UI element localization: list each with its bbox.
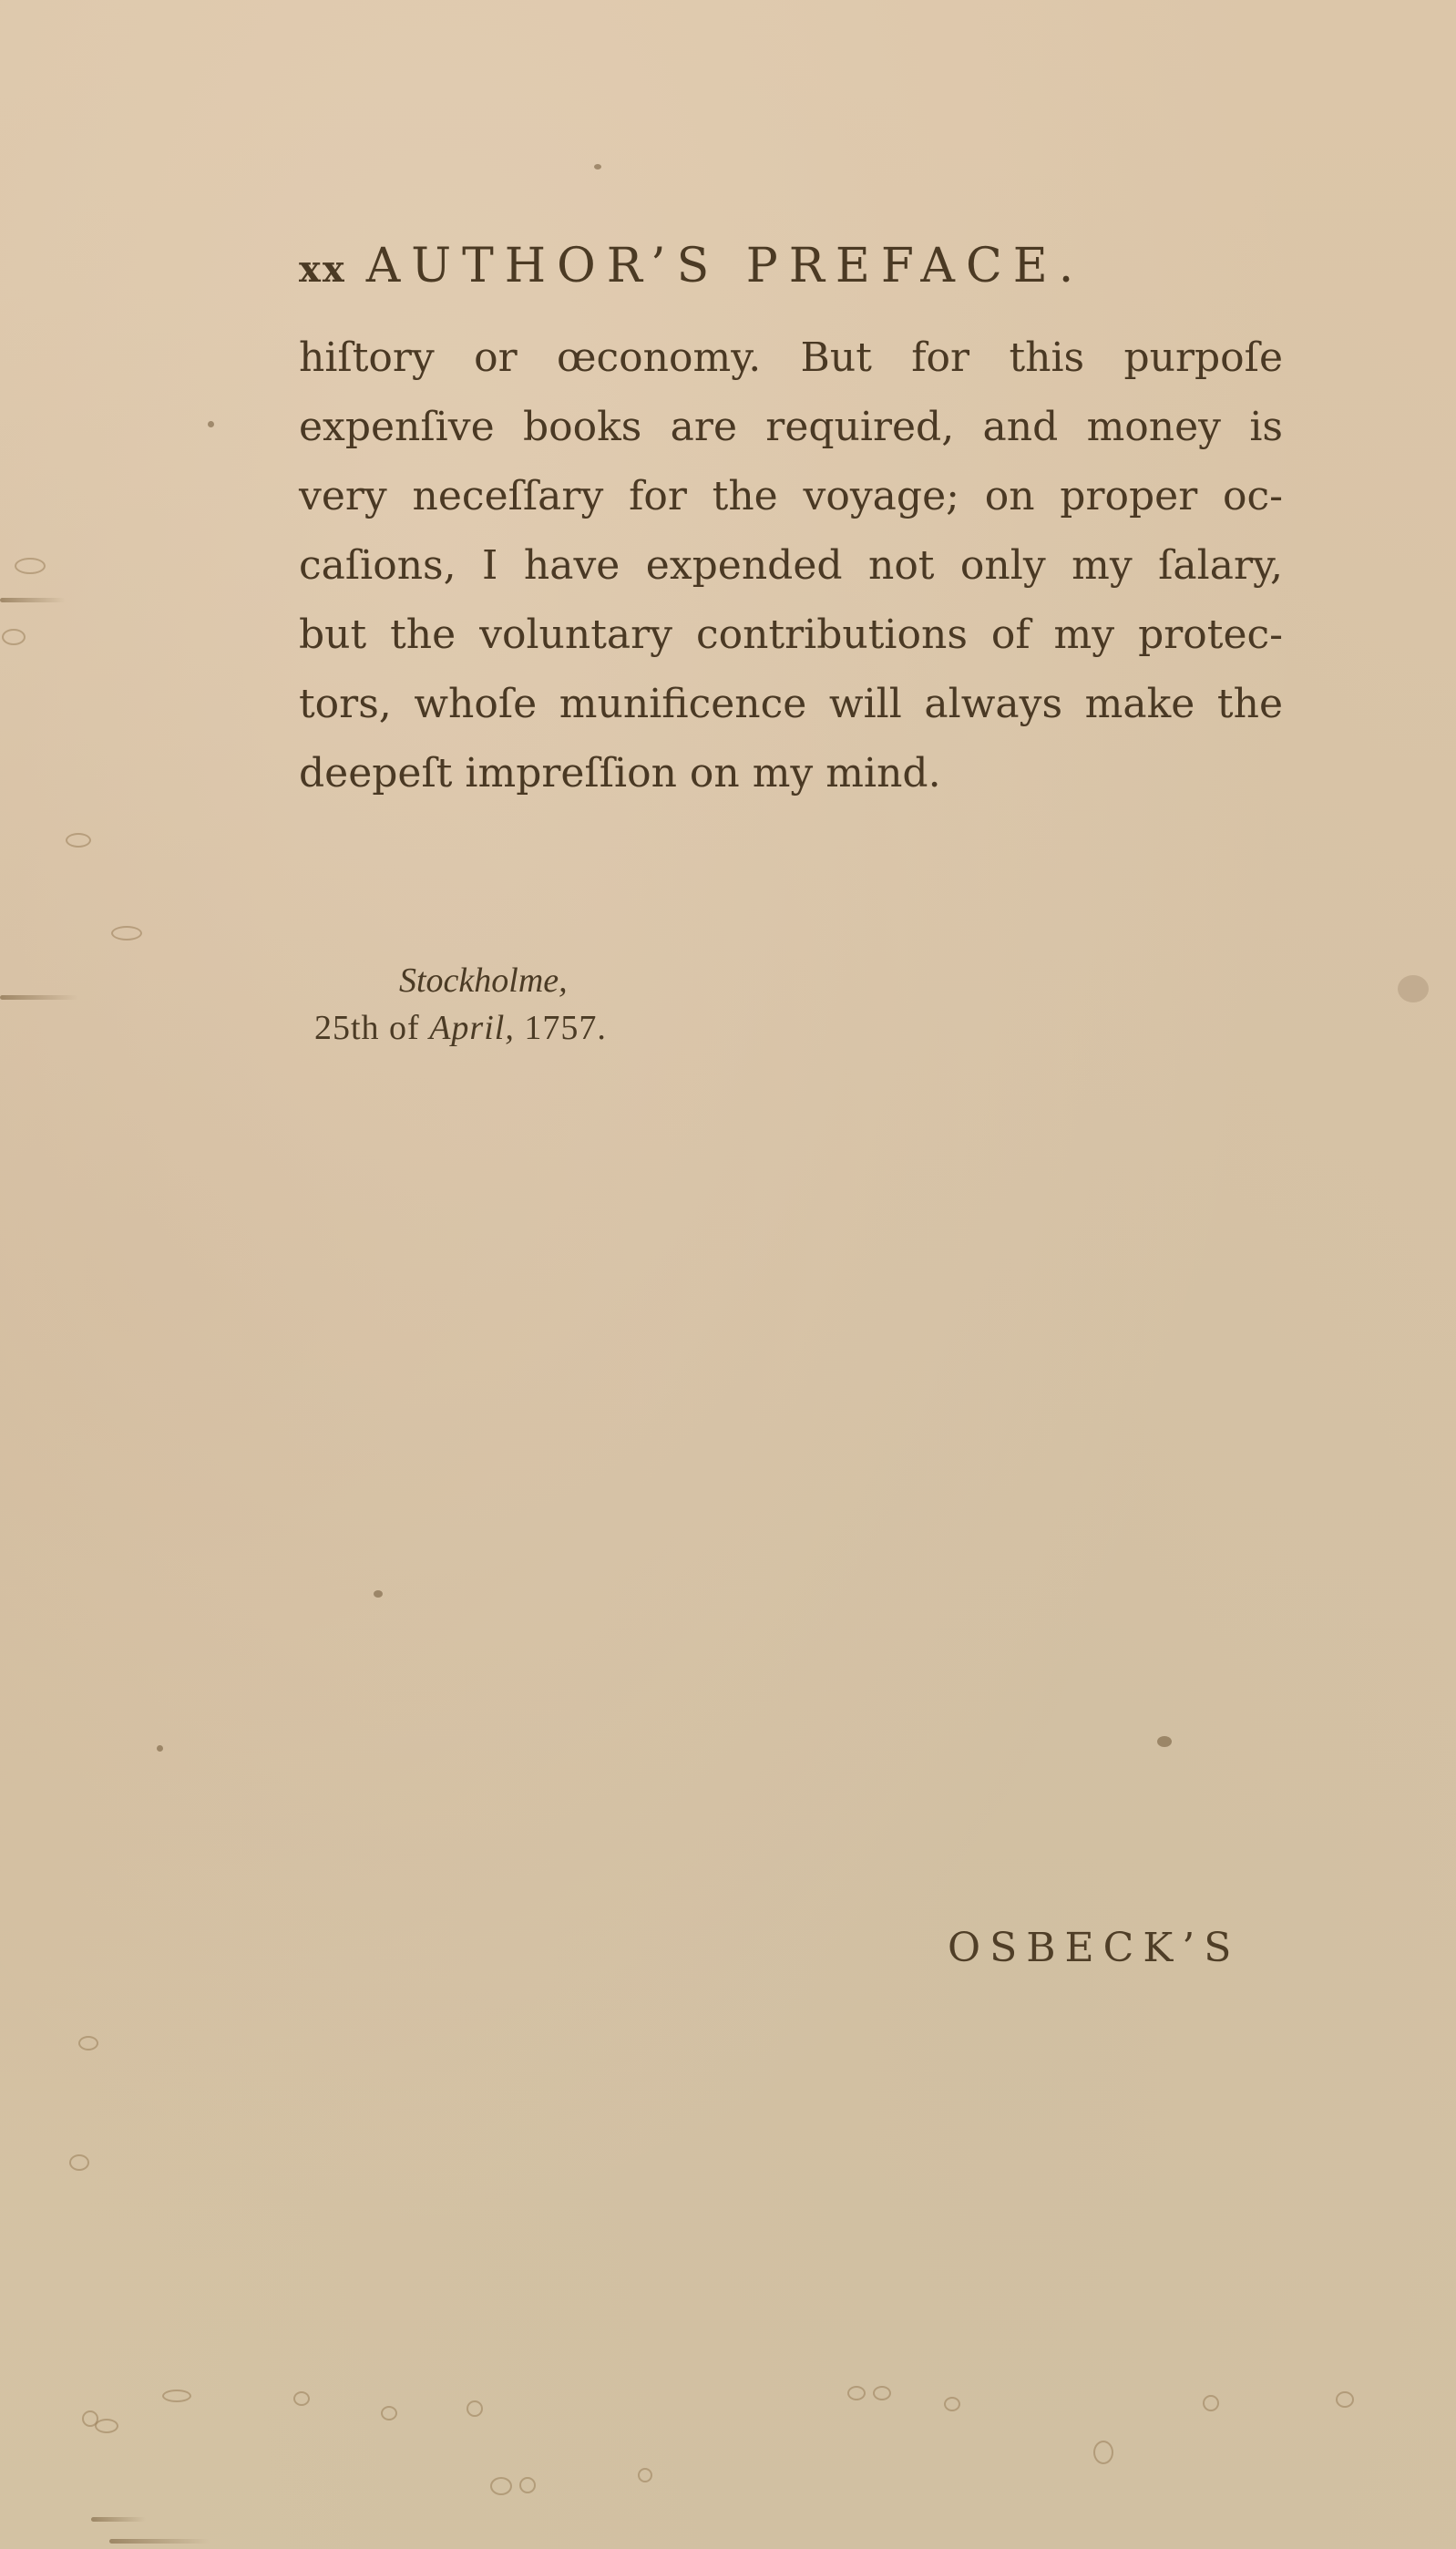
paper-speck [1398, 975, 1429, 1002]
paper-stain [847, 2386, 866, 2400]
paper-stain [944, 2397, 960, 2411]
signature-place: Stockholme, [399, 957, 607, 1004]
paper-stain [1336, 2391, 1354, 2408]
text-line: tors, whoſe munificence will always make… [299, 670, 1283, 739]
paper-stain [95, 2419, 118, 2433]
paper-stain [2, 629, 26, 645]
text-line: caſions, I have expended not only my ſal… [299, 531, 1283, 601]
paper-stain [638, 2468, 652, 2482]
book-page: xxAUTHOR’S PREFACE. hiſtory or œconomy. … [0, 0, 1456, 2549]
paper-stain [1093, 2441, 1113, 2464]
paper-stain [490, 2477, 512, 2495]
paper-stain [162, 2390, 191, 2402]
paper-streak [0, 598, 66, 602]
paper-speck [157, 1745, 163, 1752]
text-line: hiſtory or œconomy. But for this purpoſe [299, 324, 1283, 393]
paper-stain [111, 926, 142, 940]
paper-stain [381, 2406, 397, 2421]
date-year: 1757. [515, 1009, 607, 1047]
paper-stain [15, 558, 46, 574]
text-line: deepeſt impreſſion on my mind. [299, 739, 1283, 808]
text-line: very neceſſary for the voyage; on proper… [299, 462, 1283, 531]
paper-speck [208, 421, 214, 427]
paper-streak [109, 2539, 210, 2544]
running-head: xxAUTHOR’S PREFACE. [299, 239, 1084, 293]
preface-paragraph: hiſtory or œconomy. But for this purpoſe… [299, 324, 1283, 808]
paper-speck [374, 1590, 383, 1598]
paper-stain [1203, 2395, 1219, 2411]
paper-stain [467, 2400, 483, 2417]
signature-date: 25th of April, 1757. [314, 1004, 607, 1052]
paper-stain [873, 2386, 891, 2400]
catchword: OSBECK’S [948, 1925, 1240, 1971]
date-day: 25th of [314, 1009, 429, 1047]
paper-stain [66, 833, 91, 848]
paper-stain [78, 2036, 98, 2051]
paper-stain [293, 2391, 310, 2406]
page-number: xx [299, 248, 346, 291]
paper-speck [1157, 1736, 1172, 1747]
running-head-title: AUTHOR’S PREFACE. [366, 239, 1085, 293]
paper-stain [519, 2477, 536, 2493]
paper-speck [594, 164, 601, 170]
text-line: but the voluntary contributions of my pr… [299, 601, 1283, 670]
text-line: expenſive books are required, and money … [299, 393, 1283, 462]
paper-streak [0, 995, 78, 1000]
signature-block: Stockholme, 25th of April, 1757. [314, 957, 607, 1052]
date-month: April, [429, 1009, 515, 1047]
paper-stain [69, 2154, 89, 2171]
paper-streak [91, 2517, 146, 2522]
